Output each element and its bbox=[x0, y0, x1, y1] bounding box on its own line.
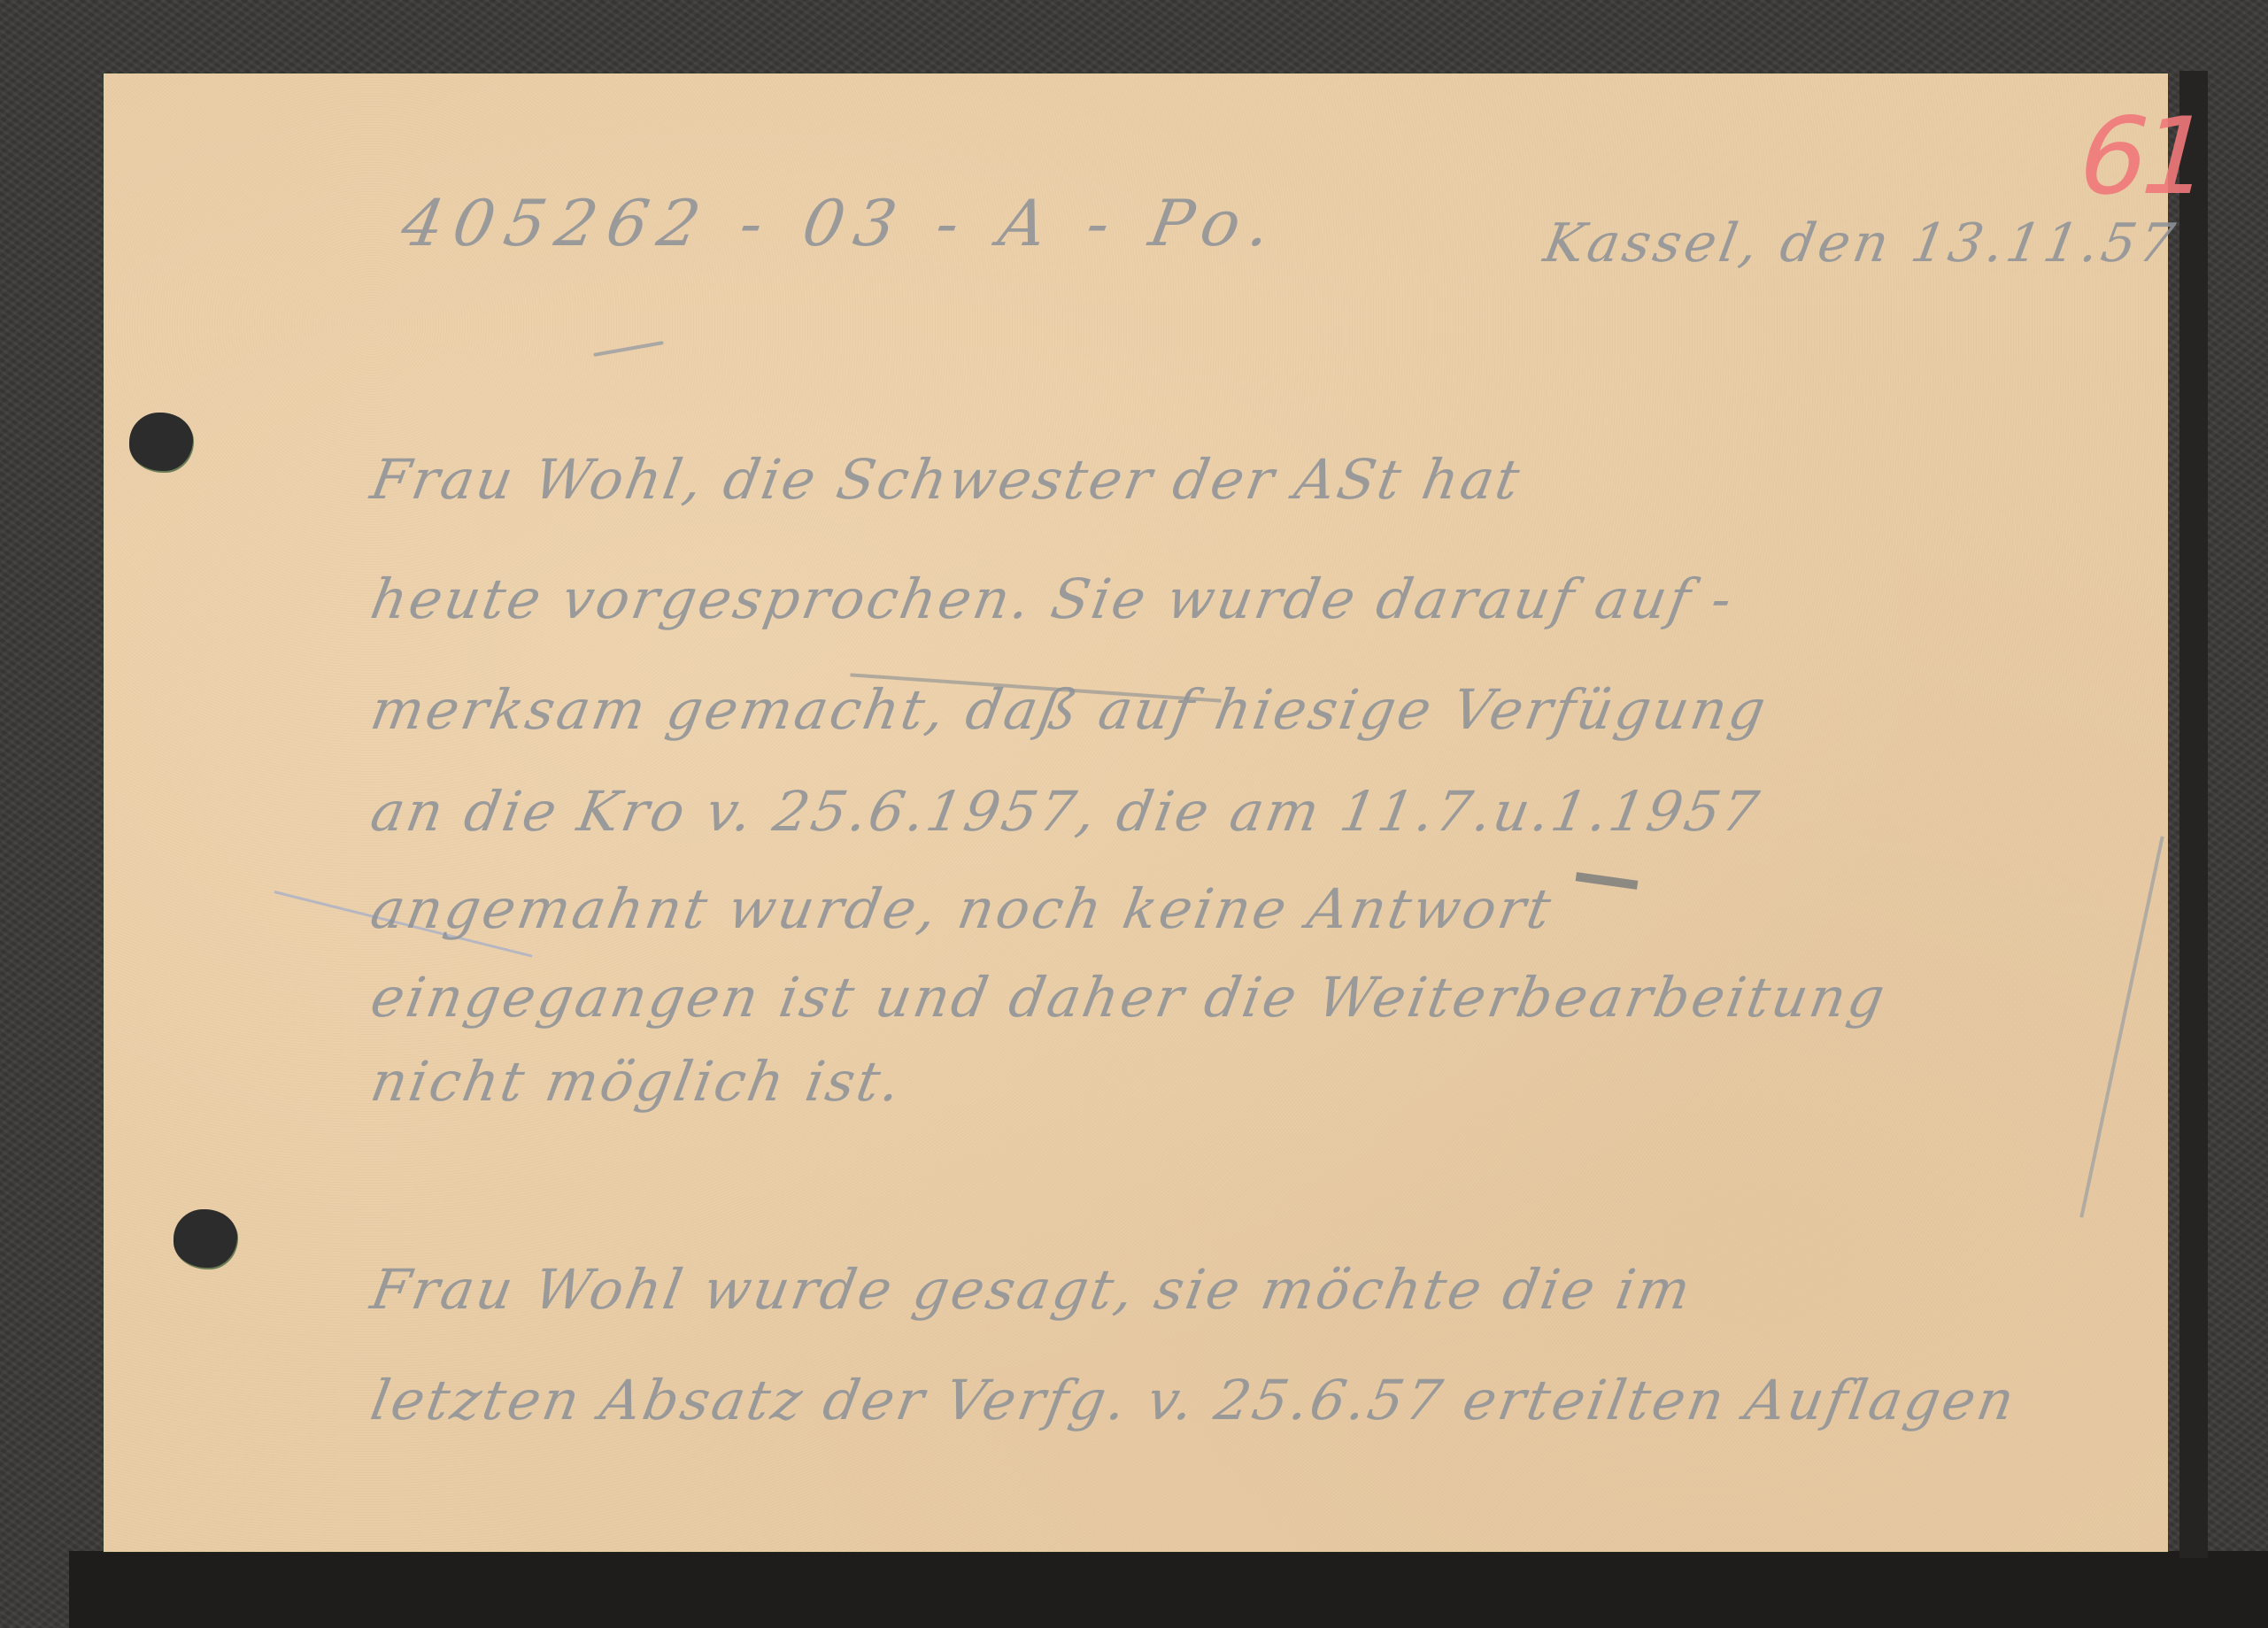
place-date: Kassel, den 13.11.57 bbox=[1539, 212, 2182, 274]
binder-inner-panel bbox=[69, 1551, 2268, 1628]
body-line: an die Kro v. 25.6.1957, die am 11.7.u.1… bbox=[366, 779, 1766, 844]
body-line: angemahnt wurde, noch keine Antwort bbox=[366, 876, 1558, 941]
body-line: merksam gemacht, daß auf hiesige Verfügu… bbox=[366, 677, 1773, 742]
body-line: Frau Wohl, die Schwester der ASt hat bbox=[366, 447, 1527, 512]
body-line: heute vorgesprochen. Sie wurde darauf au… bbox=[366, 567, 1740, 631]
file-reference: 405262 - 03 - A - Po. bbox=[397, 186, 1287, 260]
body-line: eingegangen ist und daher die Weiterbear… bbox=[366, 965, 1892, 1030]
punch-hole-icon bbox=[129, 413, 193, 471]
binder-edge bbox=[2179, 71, 2208, 1558]
body-line: Frau Wohl wurde gesagt, sie möchte die i… bbox=[366, 1257, 1698, 1322]
body-line: letzten Absatz der Verfg. v. 25.6.57 ert… bbox=[366, 1368, 2022, 1432]
punch-hole-icon bbox=[174, 1209, 237, 1268]
body-line: nicht möglich ist. bbox=[366, 1049, 908, 1114]
